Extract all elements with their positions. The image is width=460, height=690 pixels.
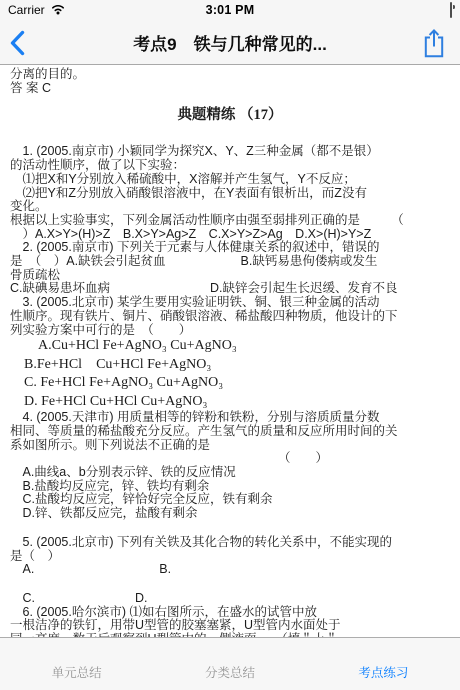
document-line: 相同、等质量的稀盐酸充分反应。产生氢气的质量和反应所用时间的关 (10, 425, 450, 439)
document-line: 4. (2005.天津市) 用质量相等的锌粉和铁粉，分别与溶质质量分数 (10, 411, 450, 425)
share-button[interactable] (421, 27, 447, 59)
document-line: 的活动性顺序，做了以下实验： (10, 159, 450, 173)
document-line: B.Fe+HCl Cu+HCl Fe+AgNO₃ (10, 356, 450, 375)
document-line: D.锌、铁都反应完，盐酸有剩余 (10, 507, 450, 521)
document-line: 系如图所示。则下列说法不正确的是 (10, 439, 450, 453)
tab-label: 考点练习 (358, 666, 408, 680)
status-right (450, 3, 452, 17)
share-icon (421, 27, 447, 59)
document-line: 根据以上实验事实，下列金属活动性顺序由强至弱排列正确的是 （ (10, 214, 450, 228)
chevron-left-icon (13, 33, 23, 54)
document-line: A.Cu+HCl Fe+AgNO₃ Cu+AgNO₃ (10, 337, 450, 356)
document-line: 是 （ ）A.缺铁会引起贫血 B.缺钙易患佝偻病或发生 (10, 255, 450, 269)
document-line: 分离的目的。 (10, 68, 450, 82)
document-line: ⑴把X和Y分别放入稀硫酸中，X溶解并产生氢气，Y不反应； (10, 173, 450, 187)
document-content[interactable]: 分离的目的。答 案 C典题精练 （17） 1. (2005.南京市) 小颖同学为… (0, 65, 460, 637)
document-line: A. B. (10, 563, 450, 577)
tab-bar: 单元总结分类总结考点练习 (0, 637, 460, 690)
battery-icon (450, 2, 452, 18)
section-heading: 典题精练 （17） (10, 107, 450, 124)
document-line: 是（ ） (10, 550, 450, 564)
page-title: 考点9 铁与几种常见的... (133, 30, 327, 55)
document-line: 性顺序。现有铁片、铜片、硝酸银溶液、稀盐酸四种物质，他设计的下 (10, 310, 450, 324)
document-line: C. Fe+HCl Fe+AgNO₃ Cu+AgNO₃ (10, 374, 450, 393)
document-line: （ ） (10, 452, 450, 466)
nav-bar: 考点9 铁与几种常见的... (0, 20, 460, 65)
document-line: C. D. (10, 592, 450, 606)
document-line: 5. (2005.北京市) 下列有关铁及其化合物的转化关系中，不能实现的 (10, 536, 450, 550)
document-line: 答 案 C (10, 82, 450, 96)
tab-exam-practice[interactable]: 考点练习 (307, 663, 460, 681)
tab-category-summary[interactable]: 分类总结 (153, 663, 306, 681)
document-line: 2. (2005.南京市) 下列关于元素与人体健康关系的叙述中，错误的 (10, 241, 450, 255)
back-button[interactable] (9, 30, 25, 56)
document-line (10, 521, 450, 536)
document-line: 列实验方案中可行的是 （ ） (10, 324, 450, 338)
tab-label: 分类总结 (205, 666, 255, 680)
status-bar: Carrier 3:01 PM (0, 0, 460, 20)
app-screen: Carrier 3:01 PM 考点9 铁与几种常见的... (0, 0, 460, 690)
document-line (10, 577, 450, 592)
document-line: 3. (2005.北京市) 某学生要用实验证明铁、铜、银三种金属的活动 (10, 296, 450, 310)
document-line: A.曲线a、b分别表示锌、铁的反应情况 (10, 466, 450, 480)
tab-label: 单元总结 (52, 666, 102, 680)
document-line: D. Fe+HCl Cu+HCl Cu+AgNO₃ (10, 393, 450, 412)
tab-unit-summary[interactable]: 单元总结 (0, 663, 153, 681)
clock-label: 3:01 PM (0, 3, 460, 17)
document-line: ⑵把Y和Z分别放入硝酸银溶液中，在Y表面有银析出，而Z没有 (10, 187, 450, 201)
document-line: 变化。 (10, 200, 450, 214)
